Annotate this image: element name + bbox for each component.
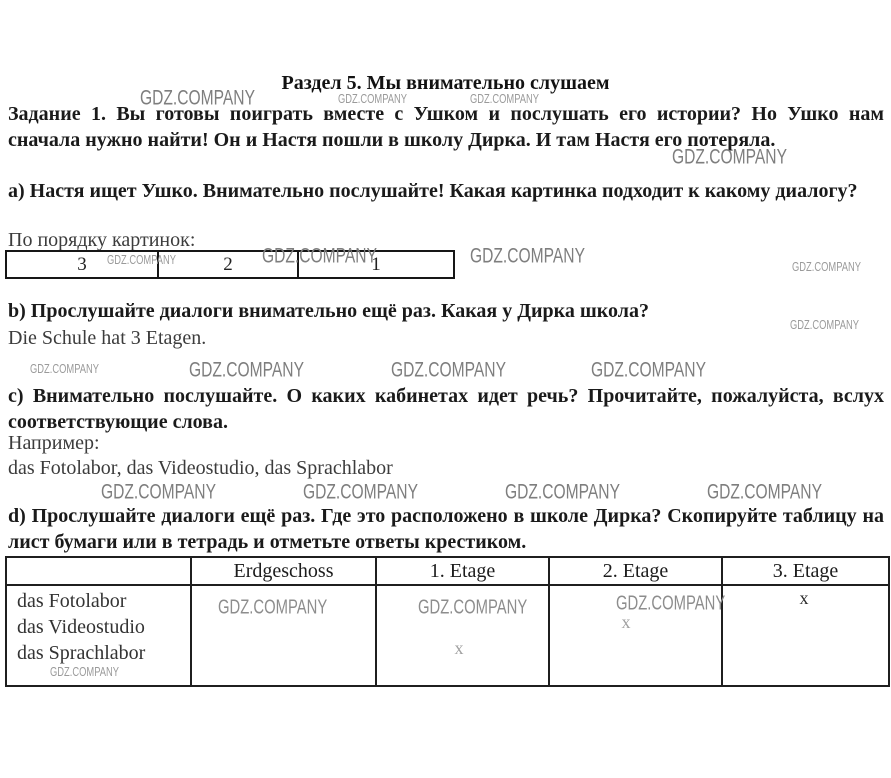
task-a-heading: a) Настя ищет Ушко. Внимательно послушай…	[8, 178, 884, 204]
lab-sprachlabor: das Sprachlabor	[17, 640, 190, 666]
header-erdgeschoss: Erdgeschoss	[191, 557, 376, 585]
watermark: GDZ.COMPANY	[218, 596, 327, 620]
header-etage-3: 3. Etage	[722, 557, 889, 585]
header-empty	[6, 557, 191, 585]
watermark: GDZ.COMPANY	[107, 252, 176, 267]
watermark: GDZ.COMPANY	[672, 145, 787, 170]
watermark: GDZ.COMPANY	[792, 259, 861, 274]
cell-etage-3: x	[722, 585, 889, 686]
watermark: GDZ.COMPANY	[591, 358, 706, 383]
task-c-heading: c) Внимательно послушайте. О каких кабин…	[8, 383, 884, 435]
section-title: Раздел 5. Мы внимательно слушаем	[0, 72, 891, 95]
task-c-example-label: Например:	[8, 430, 308, 456]
task-b-answer: Die Schule hat 3 Etagen.	[8, 325, 508, 351]
header-etage-2: 2. Etage	[549, 557, 722, 585]
mark-fotolabor-etage-3: x	[800, 588, 809, 609]
task-c-example: das Fotolabor, das Videostudio, das Spra…	[8, 455, 608, 481]
watermark: GDZ.COMPANY	[303, 480, 418, 505]
task-d-heading: d) Прослушайте диалоги ещё раз. Где это …	[8, 503, 884, 555]
picture-order-boxes: 3 2 1	[5, 250, 455, 279]
watermark: GDZ.COMPANY	[30, 361, 99, 376]
lab-fotolabor: das Fotolabor	[17, 588, 190, 614]
lab-videostudio: das Videostudio	[17, 614, 190, 640]
task-b-heading: b) Прослушайте диалоги внимательно ещё р…	[8, 298, 884, 324]
watermark: GDZ.COMPANY	[470, 91, 539, 106]
answer-table: Erdgeschoss 1. Etage 2. Etage 3. Etage d…	[5, 556, 890, 687]
watermark: GDZ.COMPANY	[262, 244, 377, 269]
watermark: GDZ.COMPANY	[189, 358, 304, 383]
answer-table-header-row: Erdgeschoss 1. Etage 2. Etage 3. Etage	[6, 557, 889, 585]
watermark: GDZ.COMPANY	[50, 664, 119, 679]
watermark: GDZ.COMPANY	[140, 86, 255, 111]
watermark: GDZ.COMPANY	[505, 480, 620, 505]
watermark: GDZ.COMPANY	[391, 358, 506, 383]
watermark: GDZ.COMPANY	[338, 91, 407, 106]
picture-order-value: 3	[77, 254, 87, 276]
mark-sprachlabor-etage-1: x	[455, 638, 464, 659]
picture-order-value: 2	[223, 254, 233, 276]
lab-names: das Fotolabor das Videostudio das Sprach…	[7, 586, 190, 666]
watermark: GDZ.COMPANY	[470, 244, 585, 269]
header-etage-1: 1. Etage	[376, 557, 549, 585]
watermark: GDZ.COMPANY	[418, 596, 527, 620]
watermark: GDZ.COMPANY	[616, 592, 725, 616]
watermark: GDZ.COMPANY	[707, 480, 822, 505]
watermark: GDZ.COMPANY	[790, 317, 859, 332]
watermark: GDZ.COMPANY	[101, 480, 216, 505]
